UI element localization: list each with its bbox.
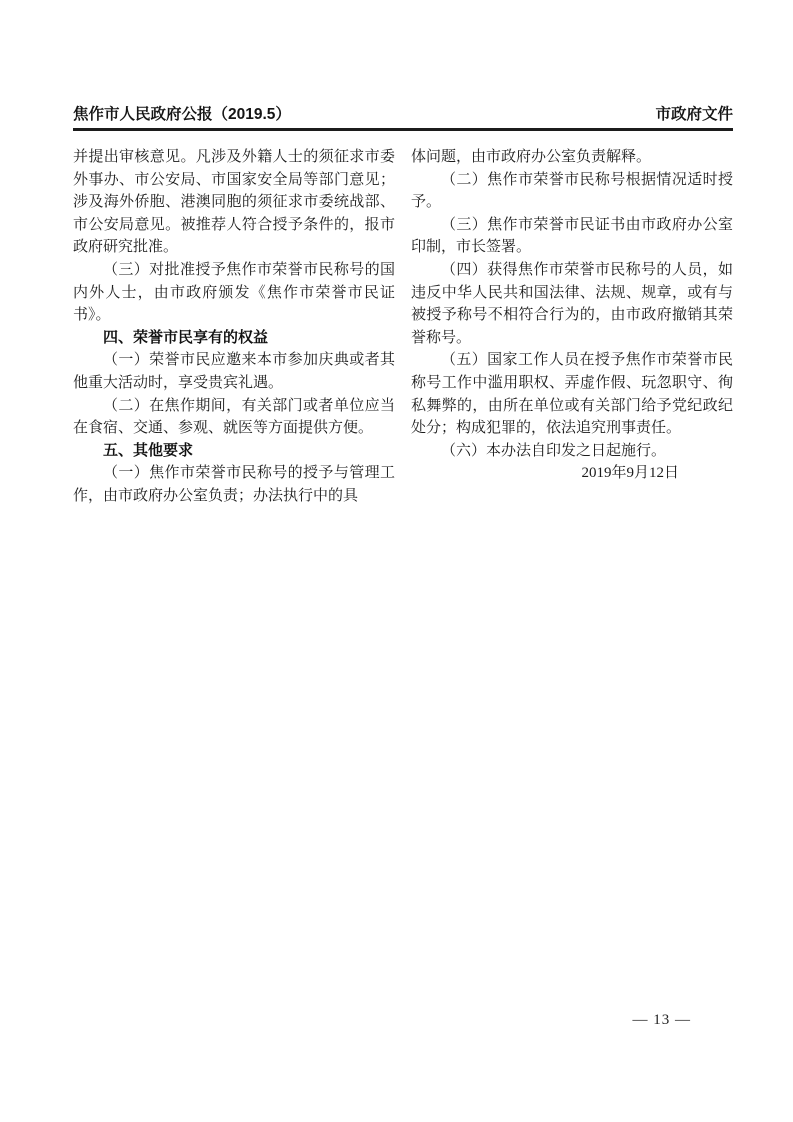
paragraph: （六）本办法自印发之日起施行。: [411, 440, 733, 463]
paragraph: （三）对批准授予焦作市荣誉市民称号的国内外人士，由市政府颁发《焦作市荣誉市民证书…: [73, 259, 395, 327]
header-rule: [73, 128, 733, 131]
section-label: 市政府文件: [655, 102, 733, 124]
right-column: 体问题，由市政府办公室负责解释。 （二）焦作市荣誉市民称号根据情况适时授予。 （…: [411, 146, 733, 508]
gazette-page: 焦作市人民政府公报（2019.5） 市政府文件 并提出审核意见。凡涉及外籍人士的…: [0, 0, 793, 1122]
section-heading: 五、其他要求: [73, 440, 395, 463]
page-header: 焦作市人民政府公报（2019.5） 市政府文件: [73, 102, 733, 124]
paragraph: （四）获得焦作市荣誉市民称号的人员，如违反中华人民共和国法律、法规、规章，或有与…: [411, 259, 733, 349]
paragraph: 并提出审核意见。凡涉及外籍人士的须征求市委外事办、市公安局、市国家安全局等部门意…: [73, 146, 395, 259]
paragraph: （二）焦作市荣誉市民称号根据情况适时授予。: [411, 169, 733, 214]
paragraph: （一）荣誉市民应邀来本市参加庆典或者其他重大活动时，享受贵宾礼遇。: [73, 349, 395, 394]
page-number: — 13 —: [73, 1012, 733, 1029]
paragraph: （五）国家工作人员在授予焦作市荣誉市民称号工作中滥用职权、弄虚作假、玩忽职守、徇…: [411, 349, 733, 439]
paragraph: 体问题，由市政府办公室负责解释。: [411, 146, 733, 169]
left-column: 并提出审核意见。凡涉及外籍人士的须征求市委外事办、市公安局、市国家安全局等部门意…: [73, 146, 395, 508]
date-line: 2019年9月12日: [411, 462, 733, 485]
paragraph: （一）焦作市荣誉市民称号的授予与管理工作，由市政府办公室负责；办法执行中的具: [73, 462, 395, 507]
document-body: 并提出审核意见。凡涉及外籍人士的须征求市委外事办、市公安局、市国家安全局等部门意…: [73, 146, 733, 508]
section-heading: 四、荣誉市民享有的权益: [73, 327, 395, 350]
paragraph: （三）焦作市荣誉市民证书由市政府办公室印制，市长签署。: [411, 214, 733, 259]
paragraph: （二）在焦作期间，有关部门或者单位应当在食宿、交通、参观、就医等方面提供方便。: [73, 395, 395, 440]
gazette-title: 焦作市人民政府公报（2019.5）: [73, 102, 291, 124]
